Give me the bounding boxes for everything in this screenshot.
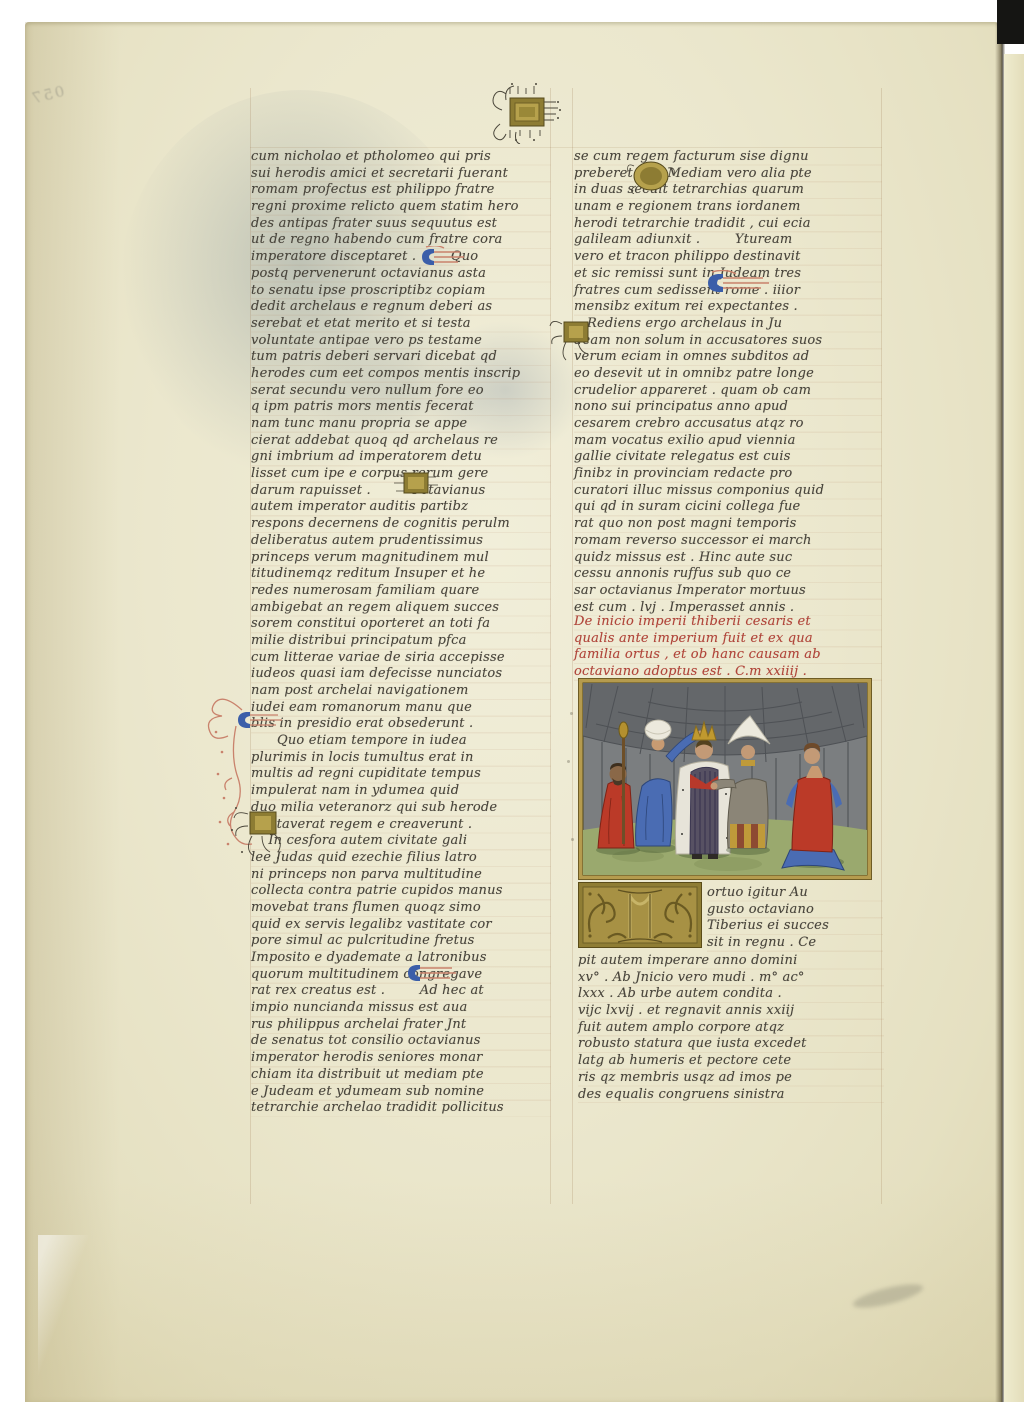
text-line: preberet . Mediam vero alia pte <box>574 166 882 183</box>
text-line: voluntate antipae vero ps testame <box>251 333 551 350</box>
text-line: familia ortus , et ob hanc causam ab <box>574 647 882 664</box>
text-line: lxxx . Ab urbe autem condita . <box>578 986 884 1003</box>
text-line: q ipm patris mors mentis fecerat <box>251 399 551 416</box>
text-line: romam profectus est philippo fratre <box>251 182 551 199</box>
text-line: herodes cum eet compos mentis inscrip <box>251 366 551 383</box>
text-line: quid ex servis legalibz vastitate cor <box>251 917 551 934</box>
text-line: quidz missus est . Hinc aute suc <box>574 550 882 567</box>
bottom-left-corner-crease <box>38 1235 108 1402</box>
text-line: nono sui principatus anno apud <box>574 399 882 416</box>
text-line: herodi tetrarchie tradidit , cui ecia <box>574 216 882 233</box>
text-line: tum patris deberi servari dicebat qd <box>251 349 551 366</box>
text-line: verum eciam in omnes subditos ad <box>574 349 882 366</box>
text-line: sit in regnu . Ce <box>707 935 883 952</box>
text-line: princeps verum magnitudinem mul <box>251 550 551 567</box>
ruling-line <box>250 147 882 148</box>
top-gold-ornament-icon <box>486 80 570 144</box>
text-line: Tiberius ei succes <box>707 918 883 935</box>
ruling-line <box>572 88 573 1204</box>
gold-initial-r-icon <box>548 312 604 368</box>
gold-initial-o-icon <box>392 471 442 495</box>
blue-paraph-initial-icon <box>704 270 774 296</box>
text-line: unam e regionem trans iordanem <box>574 199 882 216</box>
text-line: gni imbrium ad imperatorem detu <box>251 449 551 466</box>
text-line: deam non solum in accusatores suos <box>574 333 882 350</box>
text-line: in duas secuit tetrarchias quarum <box>574 182 882 199</box>
text-line: cum litterae variae de siria accepisse <box>251 650 551 667</box>
manuscript-photograph: 057 cum nicholao et ptholomeo qui prissu… <box>0 0 1024 1402</box>
text-line: chiam ita distribuit ut mediam pte <box>251 1067 551 1084</box>
coronation-miniature <box>578 678 872 880</box>
text-line: redes numerosam familiam quare <box>251 583 551 600</box>
text-line: qui qd in suram cicini collega fue <box>574 499 882 516</box>
text-line: eo desevit ut in omnibz patre longe <box>574 366 882 383</box>
text-line: cum nicholao et ptholomeo qui pris <box>251 149 551 166</box>
text-line: romam reverso successor ei march <box>574 533 882 550</box>
text-line: nam tunc manu propria se appe <box>251 416 551 433</box>
blue-paraph-initial-icon <box>404 962 460 984</box>
gold-round-initial-m-icon <box>626 158 676 194</box>
text-line: autem imperator auditis partibz <box>251 499 551 516</box>
text-line: crudelior appareret . quam ob cam <box>574 383 882 400</box>
text-line: pore simul ac pulcritudine fretus <box>251 933 551 950</box>
text-line: collecta contra patrie cupidos manus <box>251 883 551 900</box>
text-line: qualis ante imperium fuit et ex qua <box>574 631 882 648</box>
large-gold-initial-m-panel <box>578 882 702 948</box>
text-line: quorum multitudinem congregave <box>251 967 551 984</box>
text-line: e Judeam et ydumeam sub nomine <box>251 1084 551 1101</box>
text-line: ortuo igitur Au <box>707 885 883 902</box>
left-text-column: cum nicholao et ptholomeo qui prissui he… <box>251 149 551 1117</box>
text-line: postq pervenerunt octavianus asta <box>251 266 551 283</box>
text-line: serat secundu vero nullum fore eo <box>251 383 551 400</box>
text-line: cesarem crebro accusatus atqz ro <box>574 416 882 433</box>
text-line: xv° . Ab Jnicio vero mudi . m° ac° <box>578 970 884 987</box>
text-line: movebat trans flumen quoqz simo <box>251 900 551 917</box>
text-line: to senatu ipse proscriptibz copiam <box>251 283 551 300</box>
text-line: titudinemqz reditum Insuper et he <box>251 566 551 583</box>
text-line: vijc lxvij . et regnavit annis xxiij <box>578 1003 884 1020</box>
text-line: gusto octaviano <box>707 902 883 919</box>
text-line: vero et tracon philippo destinavit <box>574 249 882 266</box>
right-text-column: se cum regem facturum sise dignupreberet… <box>574 149 882 616</box>
text-beside-large-initial: ortuo igitur Augusto octavianoTiberius e… <box>707 885 883 952</box>
text-line: rat rex creatus est . Ad hec at <box>251 983 551 1000</box>
blue-paraph-initial-icon <box>420 246 466 268</box>
text-line: ut de regno habendo cum fratre cora <box>251 232 551 249</box>
text-line: fuit autem amplo corpore atqz <box>578 1020 884 1037</box>
text-line: galileam adiunxit . Ytuream <box>574 232 882 249</box>
text-line: curatori illuc missus componius quid <box>574 483 882 500</box>
text-line: de senatus tot consilio octavianus <box>251 1033 551 1050</box>
text-line: sorem constitui oporteret an toti fa <box>251 616 551 633</box>
text-line: tetrarchie archelao tradidit pollicitus <box>251 1100 551 1117</box>
text-line: ambigebat an regem aliquem succes <box>251 600 551 617</box>
text-line: finibz in provinciam redacte pro <box>574 466 882 483</box>
text-line: regni proxime relicto quem statim hero <box>251 199 551 216</box>
text-line: robusto statura que iusta excedet <box>578 1036 884 1053</box>
rubric-red-text: De inicio imperii thiberii cesaris etqua… <box>574 614 882 681</box>
text-line: imperatore disceptaret . Quo <box>251 249 551 266</box>
text-line: sar octavianus Imperator mortuus <box>574 583 882 600</box>
text-line: impio nuncianda missus est aua <box>251 1000 551 1017</box>
text-line: des equalis congruens sinistra <box>578 1087 884 1104</box>
text-line: sui herodis amici et secretarii fuerant <box>251 166 551 183</box>
bottom-text-block: pit autem imperare anno dominixv° . Ab J… <box>578 953 884 1103</box>
text-line: rat quo non post magni temporis <box>574 516 882 533</box>
text-line: iudeos quasi iam defecisse nunciatos <box>251 666 551 683</box>
text-line: gallie civitate relegatus est cuis <box>574 449 882 466</box>
text-line: Imposito e dyademate a latronibus <box>251 950 551 967</box>
text-line: cessu annonis ruffus sub quo ce <box>574 566 882 583</box>
leaf-bottom-shading <box>25 1180 1002 1402</box>
text-line: cierat addebat quoq qd archelaus re <box>251 433 551 450</box>
text-line: respons decernens de cognitis perulm <box>251 516 551 533</box>
text-line: Rediens ergo archelaus in Ju <box>574 316 882 333</box>
next-folio-edge <box>1004 54 1024 1402</box>
text-line: rus philippus archelai frater Jnt <box>251 1017 551 1034</box>
text-line: ris qz membris usqz ad imos pe <box>578 1070 884 1087</box>
text-line: mensibz exitum rei expectantes . <box>574 299 882 316</box>
text-line: des antipas frater suus sequutus est <box>251 216 551 233</box>
text-line: latg ab humeris et pectore cete <box>578 1053 884 1070</box>
text-line: imperator herodis seniores monar <box>251 1050 551 1067</box>
text-line: mam vocatus exilio apud viennia <box>574 433 882 450</box>
text-line: serebat et etat merito et si testa <box>251 316 551 333</box>
backdrop-black-corner <box>997 0 1024 44</box>
text-line: dedit archelaus e regnum deberi as <box>251 299 551 316</box>
text-line: deliberatus autem prudentissimus <box>251 533 551 550</box>
ink-speck <box>567 760 570 763</box>
gold-initial-i-icon <box>228 800 298 870</box>
text-line: pit autem imperare anno domini <box>578 953 884 970</box>
text-line: De inicio imperii thiberii cesaris et <box>574 614 882 631</box>
text-line: se cum regem facturum sise dignu <box>574 149 882 166</box>
text-line: milie distribui principatum pfca <box>251 633 551 650</box>
